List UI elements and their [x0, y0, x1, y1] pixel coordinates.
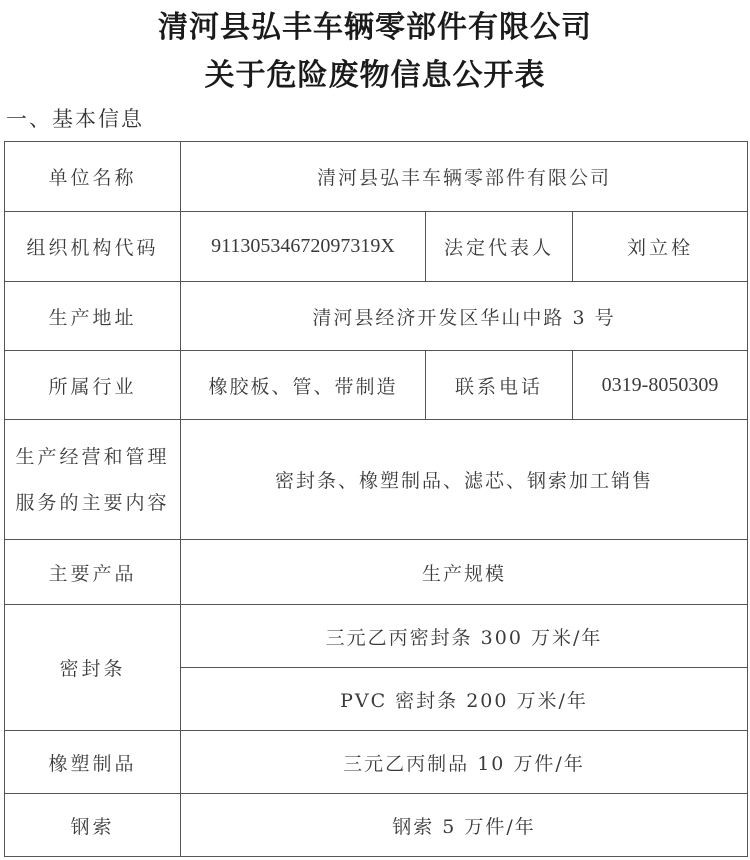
- product-name: 橡塑制品: [5, 731, 181, 794]
- table-row: 生产经营和管理 服务的主要内容 密封条、橡塑制品、滤芯、钢索加工销售: [5, 420, 748, 540]
- basic-info-table: 单位名称 清河县弘丰车辆零部件有限公司 组织机构代码 9113053467209…: [4, 141, 748, 857]
- section-heading: 一、基本信息: [6, 103, 144, 133]
- unit-name-label: 单位名称: [5, 142, 181, 212]
- business-value: 密封条、橡塑制品、滤芯、钢索加工销售: [181, 420, 748, 540]
- legal-rep-value: 刘立栓: [573, 212, 748, 282]
- table-row: 所属行业 橡胶板、管、带制造 联系电话 0319-8050309: [5, 351, 748, 420]
- legal-rep-label: 法定代表人: [426, 212, 573, 282]
- phone-value: 0319-8050309: [573, 351, 748, 420]
- document-title-line2: 关于危险废物信息公开表: [0, 50, 750, 94]
- address-label: 生产地址: [5, 282, 181, 351]
- business-label-line1: 生产经营和管理: [5, 434, 180, 480]
- table-row: 密封条 三元乙丙密封条 300 万米/年: [5, 605, 748, 668]
- industry-value: 橡胶板、管、带制造: [181, 351, 426, 420]
- product-scale: 三元乙丙制品 10 万件/年: [181, 731, 748, 794]
- address-value: 清河县经济开发区华山中路 3 号: [181, 282, 748, 351]
- industry-label: 所属行业: [5, 351, 181, 420]
- product-scale: 钢索 5 万件/年: [181, 794, 748, 857]
- product-name: 钢索: [5, 794, 181, 857]
- table-row: 主要产品 生产规模: [5, 540, 748, 605]
- production-scale-header: 生产规模: [181, 540, 748, 605]
- business-label-line2: 服务的主要内容: [5, 480, 180, 526]
- table-row: 钢索 钢索 5 万件/年: [5, 794, 748, 857]
- table-row: 生产地址 清河县经济开发区华山中路 3 号: [5, 282, 748, 351]
- table-row: 组织机构代码 91130534672097319X 法定代表人 刘立栓: [5, 212, 748, 282]
- table-row: 橡塑制品 三元乙丙制品 10 万件/年: [5, 731, 748, 794]
- phone-label: 联系电话: [426, 351, 573, 420]
- org-code-label: 组织机构代码: [5, 212, 181, 282]
- org-code-value: 91130534672097319X: [181, 212, 426, 282]
- product-name: 密封条: [5, 605, 181, 731]
- product-scale: PVC 密封条 200 万米/年: [181, 668, 748, 731]
- table-row: 单位名称 清河县弘丰车辆零部件有限公司: [5, 142, 748, 212]
- document-title-line1: 清河县弘丰车辆零部件有限公司: [0, 2, 750, 46]
- main-products-label: 主要产品: [5, 540, 181, 605]
- product-scale: 三元乙丙密封条 300 万米/年: [181, 605, 748, 668]
- business-label: 生产经营和管理 服务的主要内容: [5, 420, 181, 540]
- unit-name-value: 清河县弘丰车辆零部件有限公司: [181, 142, 748, 212]
